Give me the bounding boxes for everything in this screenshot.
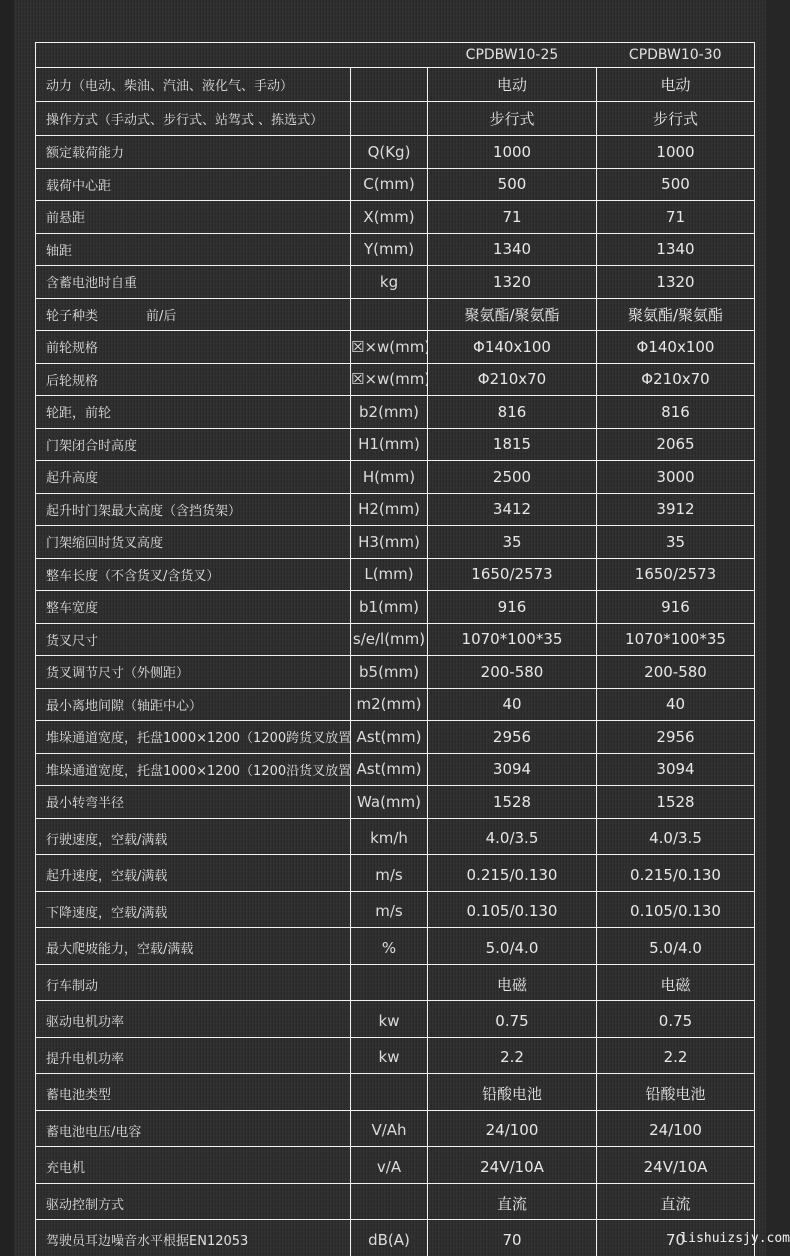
model-header-1: CPDBW10-25: [428, 43, 597, 68]
spec-name-label: 最小离地间隙（轴距中心）: [46, 699, 202, 714]
table-row: 最大爬坡能力，空载/满载%5.0/4.05.0/4.0: [36, 928, 755, 965]
spec-unit: kw: [351, 1001, 428, 1038]
spec-unit: H2(mm): [351, 493, 428, 526]
spec-name-label: 动力（电动、柴油、汽油、液化气、手动）: [46, 79, 293, 94]
spec-name-label: 充电机: [46, 1161, 85, 1176]
spec-unit: km/h: [351, 818, 428, 855]
spec-unit: v/A: [351, 1147, 428, 1184]
value-model-2: 电动: [597, 68, 755, 102]
value-model-1: 电磁: [428, 964, 597, 1001]
value-model-1: 3094: [428, 753, 597, 786]
table-row: 蓄电池类型铅酸电池铅酸电池: [36, 1074, 755, 1111]
spec-name: 蓄电池类型: [36, 1074, 351, 1111]
value-model-1: 1340: [428, 233, 597, 266]
table-row: 提升电机功率kw2.22.2: [36, 1037, 755, 1074]
spec-name: 下降速度，空载/满载: [36, 891, 351, 928]
value-model-2: 1320: [597, 266, 755, 299]
spec-name: 充电机: [36, 1147, 351, 1184]
value-model-1: Φ140x100: [428, 331, 597, 364]
spec-name-label: 起升时门架最大高度（含挡货架）: [46, 504, 241, 519]
spec-name: 提升电机功率: [36, 1037, 351, 1074]
spec-unit: Ast(mm): [351, 753, 428, 786]
spec-name-label: 堆垛通道宽度，托盘1000×1200（1200沿货叉放置）: [46, 764, 351, 779]
value-model-1: 1650/2573: [428, 558, 597, 591]
value-model-1: 步行式: [428, 102, 597, 136]
spec-name: 轮距，前轮: [36, 396, 351, 429]
value-model-2: Φ210x70: [597, 363, 755, 396]
spec-name-label: 蓄电池类型: [46, 1088, 111, 1103]
table-row: 含蓄电池时自重kg13201320: [36, 266, 755, 299]
table-row: 操作方式（手动式、步行式、站驾式 、拣选式）步行式步行式: [36, 102, 755, 136]
spec-unit: [351, 1183, 428, 1220]
value-model-2: 1340: [597, 233, 755, 266]
spec-unit: [351, 102, 428, 136]
value-model-2: Φ140x100: [597, 331, 755, 364]
spec-unit: ☒×w(mm): [351, 331, 428, 364]
spec-name-label: 轮距，前轮: [46, 406, 111, 421]
spec-unit: Ast(mm): [351, 721, 428, 754]
spec-name-label: 提升电机功率: [46, 1052, 124, 1067]
table-row: 前悬距X(mm)7171: [36, 201, 755, 234]
spec-name-label: 货叉尺寸: [46, 634, 98, 649]
spec-unit: H1(mm): [351, 428, 428, 461]
table-row: 蓄电池电压/电容V/Ah24/10024/100: [36, 1110, 755, 1147]
spec-unit: kg: [351, 266, 428, 299]
value-model-2: 816: [597, 396, 755, 429]
value-model-1: 40: [428, 688, 597, 721]
value-model-2: 24/100: [597, 1110, 755, 1147]
table-row: 后轮规格☒×w(mm)Φ210x70Φ210x70: [36, 363, 755, 396]
table-row: 动力（电动、柴油、汽油、液化气、手动）电动电动: [36, 68, 755, 102]
value-model-1: 电动: [428, 68, 597, 102]
table-row: 充电机v/A24V/10A24V/10A: [36, 1147, 755, 1184]
spec-name-label: 行驶速度，空载/满载: [46, 833, 167, 848]
spec-name: 额定载荷能力: [36, 136, 351, 169]
table-row: 额定载荷能力Q(Kg)10001000: [36, 136, 755, 169]
value-model-2: 3912: [597, 493, 755, 526]
spec-name-label: 驱动控制方式: [46, 1198, 124, 1213]
value-model-2: 0.215/0.130: [597, 855, 755, 892]
spec-name: 整车长度（不含货叉/含货叉）: [36, 558, 351, 591]
table-row: 行驶速度，空载/满载km/h4.0/3.54.0/3.5: [36, 818, 755, 855]
spec-name-label: 整车宽度: [46, 601, 98, 616]
spec-name-label: 前轮规格: [46, 341, 98, 356]
table-row: 最小转弯半径Wa(mm)15281528: [36, 786, 755, 819]
table-row: 最小离地间隙（轴距中心）m2(mm)4040: [36, 688, 755, 721]
spec-unit: [351, 1074, 428, 1111]
spec-name-label: 最大爬坡能力，空载/满载: [46, 942, 193, 957]
spec-name: 动力（电动、柴油、汽油、液化气、手动）: [36, 68, 351, 102]
watermark: lishuizsjy.com: [680, 1231, 790, 1246]
spec-name-label: 操作方式（手动式、步行式、站驾式 、拣选式）: [46, 113, 323, 128]
spec-name-label: 额定载荷能力: [46, 146, 124, 161]
spec-name: 驱动控制方式: [36, 1183, 351, 1220]
value-model-2: 3000: [597, 461, 755, 494]
spec-name: 前悬距: [36, 201, 351, 234]
value-model-1: 500: [428, 168, 597, 201]
spec-name-label: 行车制动: [46, 979, 98, 994]
spec-name-label: 轮子种类: [46, 309, 98, 324]
table-row: 堆垛通道宽度，托盘1000×1200（1200跨货叉放置）Ast(mm)2956…: [36, 721, 755, 754]
value-model-1: 1815: [428, 428, 597, 461]
table-row: 货叉调节尺寸（外侧距）b5(mm)200-580200-580: [36, 656, 755, 689]
value-model-2: 2956: [597, 721, 755, 754]
spec-unit: [351, 964, 428, 1001]
spec-unit: [351, 298, 428, 331]
spec-unit: b2(mm): [351, 396, 428, 429]
spec-unit: s/e/l(mm): [351, 623, 428, 656]
value-model-1: 1070*100*35: [428, 623, 597, 656]
spec-unit: dB(A): [351, 1220, 428, 1256]
value-model-1: 3412: [428, 493, 597, 526]
value-model-1: 2.2: [428, 1037, 597, 1074]
value-model-2: 电磁: [597, 964, 755, 1001]
spec-name: 最小转弯半径: [36, 786, 351, 819]
spec-name: 货叉调节尺寸（外侧距）: [36, 656, 351, 689]
spec-name-label: 门架闭合时高度: [46, 439, 137, 454]
value-model-2: 0.105/0.130: [597, 891, 755, 928]
spec-unit: %: [351, 928, 428, 965]
table-row: 堆垛通道宽度，托盘1000×1200（1200沿货叉放置）Ast(mm)3094…: [36, 753, 755, 786]
value-model-1: 0.75: [428, 1001, 597, 1038]
spec-name: 起升速度，空载/满载: [36, 855, 351, 892]
spec-name: 轴距: [36, 233, 351, 266]
spec-name-label: 整车长度（不含货叉/含货叉）: [46, 569, 219, 584]
table-row: 行车制动电磁电磁: [36, 964, 755, 1001]
spec-unit: L(mm): [351, 558, 428, 591]
table-row: 驾驶员耳边噪音水平根据EN12053dB(A)7070: [36, 1220, 755, 1256]
spec-unit: m/s: [351, 891, 428, 928]
spec-unit: C(mm): [351, 168, 428, 201]
spec-name: 行驶速度，空载/满载: [36, 818, 351, 855]
value-model-2: 4.0/3.5: [597, 818, 755, 855]
spec-name: 前轮规格: [36, 331, 351, 364]
table-header-row: CPDBW10-25 CPDBW10-30: [36, 43, 755, 68]
spec-name-label: 前悬距: [46, 211, 85, 226]
spec-name-label: 含蓄电池时自重: [46, 276, 137, 291]
spec-name: 载荷中心距: [36, 168, 351, 201]
spec-name-label: 载荷中心距: [46, 179, 111, 194]
table-row: 驱动控制方式直流直流: [36, 1183, 755, 1220]
table-row: 起升速度，空载/满载m/s0.215/0.1300.215/0.130: [36, 855, 755, 892]
table-row: 起升时门架最大高度（含挡货架）H2(mm)34123912: [36, 493, 755, 526]
value-model-1: 直流: [428, 1183, 597, 1220]
spec-name-label: 起升高度: [46, 471, 98, 486]
spec-unit: m2(mm): [351, 688, 428, 721]
table-row: 轮子种类前/后聚氨酯/聚氨酯聚氨酯/聚氨酯: [36, 298, 755, 331]
value-model-2: 3094: [597, 753, 755, 786]
spec-name: 货叉尺寸: [36, 623, 351, 656]
value-model-2: 铅酸电池: [597, 1074, 755, 1111]
table-row: 载荷中心距C(mm)500500: [36, 168, 755, 201]
spec-unit: H(mm): [351, 461, 428, 494]
value-model-1: 1000: [428, 136, 597, 169]
table-row: 下降速度，空载/满载m/s0.105/0.1300.105/0.130: [36, 891, 755, 928]
spec-name: 蓄电池电压/电容: [36, 1110, 351, 1147]
value-model-2: 71: [597, 201, 755, 234]
page-margin-left: [0, 0, 14, 1256]
value-model-2: 1070*100*35: [597, 623, 755, 656]
spec-unit: kw: [351, 1037, 428, 1074]
table-row: 货叉尺寸s/e/l(mm)1070*100*351070*100*35: [36, 623, 755, 656]
value-model-2: 40: [597, 688, 755, 721]
value-model-1: 24/100: [428, 1110, 597, 1147]
value-model-2: 1528: [597, 786, 755, 819]
spec-name-label: 货叉调节尺寸（外侧距）: [46, 666, 189, 681]
value-model-1: 1528: [428, 786, 597, 819]
spec-name: 整车宽度: [36, 591, 351, 624]
value-model-2: 5.0/4.0: [597, 928, 755, 965]
spec-table: CPDBW10-25 CPDBW10-30 动力（电动、柴油、汽油、液化气、手动…: [35, 42, 755, 1256]
spec-name-label: 驱动电机功率: [46, 1015, 124, 1030]
spec-unit: b5(mm): [351, 656, 428, 689]
spec-name-label: 堆垛通道宽度，托盘1000×1200（1200跨货叉放置）: [46, 731, 351, 746]
value-model-1: 35: [428, 526, 597, 559]
value-model-2: 2.2: [597, 1037, 755, 1074]
value-model-1: 70: [428, 1220, 597, 1256]
value-model-1: 2500: [428, 461, 597, 494]
spec-name: 起升高度: [36, 461, 351, 494]
table-row: 前轮规格☒×w(mm)Φ140x100Φ140x100: [36, 331, 755, 364]
value-model-2: 步行式: [597, 102, 755, 136]
value-model-1: 916: [428, 591, 597, 624]
value-model-1: 816: [428, 396, 597, 429]
value-model-2: 500: [597, 168, 755, 201]
table-row: 门架缩回时货叉高度H3(mm)3535: [36, 526, 755, 559]
spec-name: 驱动电机功率: [36, 1001, 351, 1038]
page-margin-right: [766, 0, 790, 1256]
table-row: 起升高度H(mm)25003000: [36, 461, 755, 494]
spec-unit: Wa(mm): [351, 786, 428, 819]
value-model-1: 2956: [428, 721, 597, 754]
value-model-1: 铅酸电池: [428, 1074, 597, 1111]
value-model-2: 24V/10A: [597, 1147, 755, 1184]
value-model-2: 2065: [597, 428, 755, 461]
spec-unit: V/Ah: [351, 1110, 428, 1147]
spec-name: 轮子种类前/后: [36, 298, 351, 331]
spec-name: 堆垛通道宽度，托盘1000×1200（1200跨货叉放置）: [36, 721, 351, 754]
value-model-1: 4.0/3.5: [428, 818, 597, 855]
spec-name: 最大爬坡能力，空载/满载: [36, 928, 351, 965]
spec-name: 含蓄电池时自重: [36, 266, 351, 299]
value-model-2: 1000: [597, 136, 755, 169]
table-row: 轴距Y(mm)13401340: [36, 233, 755, 266]
spec-unit: ☒×w(mm): [351, 363, 428, 396]
value-model-1: 0.215/0.130: [428, 855, 597, 892]
model-header-2: CPDBW10-30: [597, 43, 755, 68]
spec-unit: m/s: [351, 855, 428, 892]
value-model-2: 35: [597, 526, 755, 559]
table-row: 整车长度（不含货叉/含货叉）L(mm)1650/25731650/2573: [36, 558, 755, 591]
value-model-1: 5.0/4.0: [428, 928, 597, 965]
spec-name: 起升时门架最大高度（含挡货架）: [36, 493, 351, 526]
spec-name: 后轮规格: [36, 363, 351, 396]
value-model-1: 聚氨酯/聚氨酯: [428, 298, 597, 331]
spec-name: 堆垛通道宽度，托盘1000×1200（1200沿货叉放置）: [36, 753, 351, 786]
value-model-1: Φ210x70: [428, 363, 597, 396]
value-model-1: 200-580: [428, 656, 597, 689]
spec-unit: [351, 68, 428, 102]
spec-unit: Q(Kg): [351, 136, 428, 169]
value-model-1: 0.105/0.130: [428, 891, 597, 928]
table-row: 驱动电机功率kw0.750.75: [36, 1001, 755, 1038]
spec-sub-label: 前/后: [146, 305, 176, 324]
header-blank-cell: [36, 43, 428, 68]
value-model-2: 0.75: [597, 1001, 755, 1038]
spec-name: 门架缩回时货叉高度: [36, 526, 351, 559]
spec-name-label: 起升速度，空载/满载: [46, 869, 167, 884]
spec-name-label: 最小转弯半径: [46, 796, 124, 811]
spec-name-label: 蓄电池电压/电容: [46, 1125, 141, 1140]
spec-name: 行车制动: [36, 964, 351, 1001]
table-row: 整车宽度b1(mm)916916: [36, 591, 755, 624]
spec-unit: Y(mm): [351, 233, 428, 266]
spec-unit: X(mm): [351, 201, 428, 234]
value-model-1: 1320: [428, 266, 597, 299]
value-model-2: 1650/2573: [597, 558, 755, 591]
table-row: 门架闭合时高度H1(mm)18152065: [36, 428, 755, 461]
spec-name-label: 驾驶员耳边噪音水平根据EN12053: [46, 1234, 248, 1249]
value-model-2: 916: [597, 591, 755, 624]
value-model-2: 直流: [597, 1183, 755, 1220]
spec-unit: b1(mm): [351, 591, 428, 624]
value-model-2: 聚氨酯/聚氨酯: [597, 298, 755, 331]
table-row: 轮距，前轮b2(mm)816816: [36, 396, 755, 429]
spec-name: 驾驶员耳边噪音水平根据EN12053: [36, 1220, 351, 1256]
value-model-1: 24V/10A: [428, 1147, 597, 1184]
value-model-2: 200-580: [597, 656, 755, 689]
spec-name: 最小离地间隙（轴距中心）: [36, 688, 351, 721]
spec-name-label: 门架缩回时货叉高度: [46, 536, 163, 551]
spec-name: 操作方式（手动式、步行式、站驾式 、拣选式）: [36, 102, 351, 136]
spec-name-label: 后轮规格: [46, 374, 98, 389]
value-model-1: 71: [428, 201, 597, 234]
spec-unit: H3(mm): [351, 526, 428, 559]
spec-name-label: 下降速度，空载/满载: [46, 906, 167, 921]
spec-name-label: 轴距: [46, 244, 72, 259]
spec-name: 门架闭合时高度: [36, 428, 351, 461]
